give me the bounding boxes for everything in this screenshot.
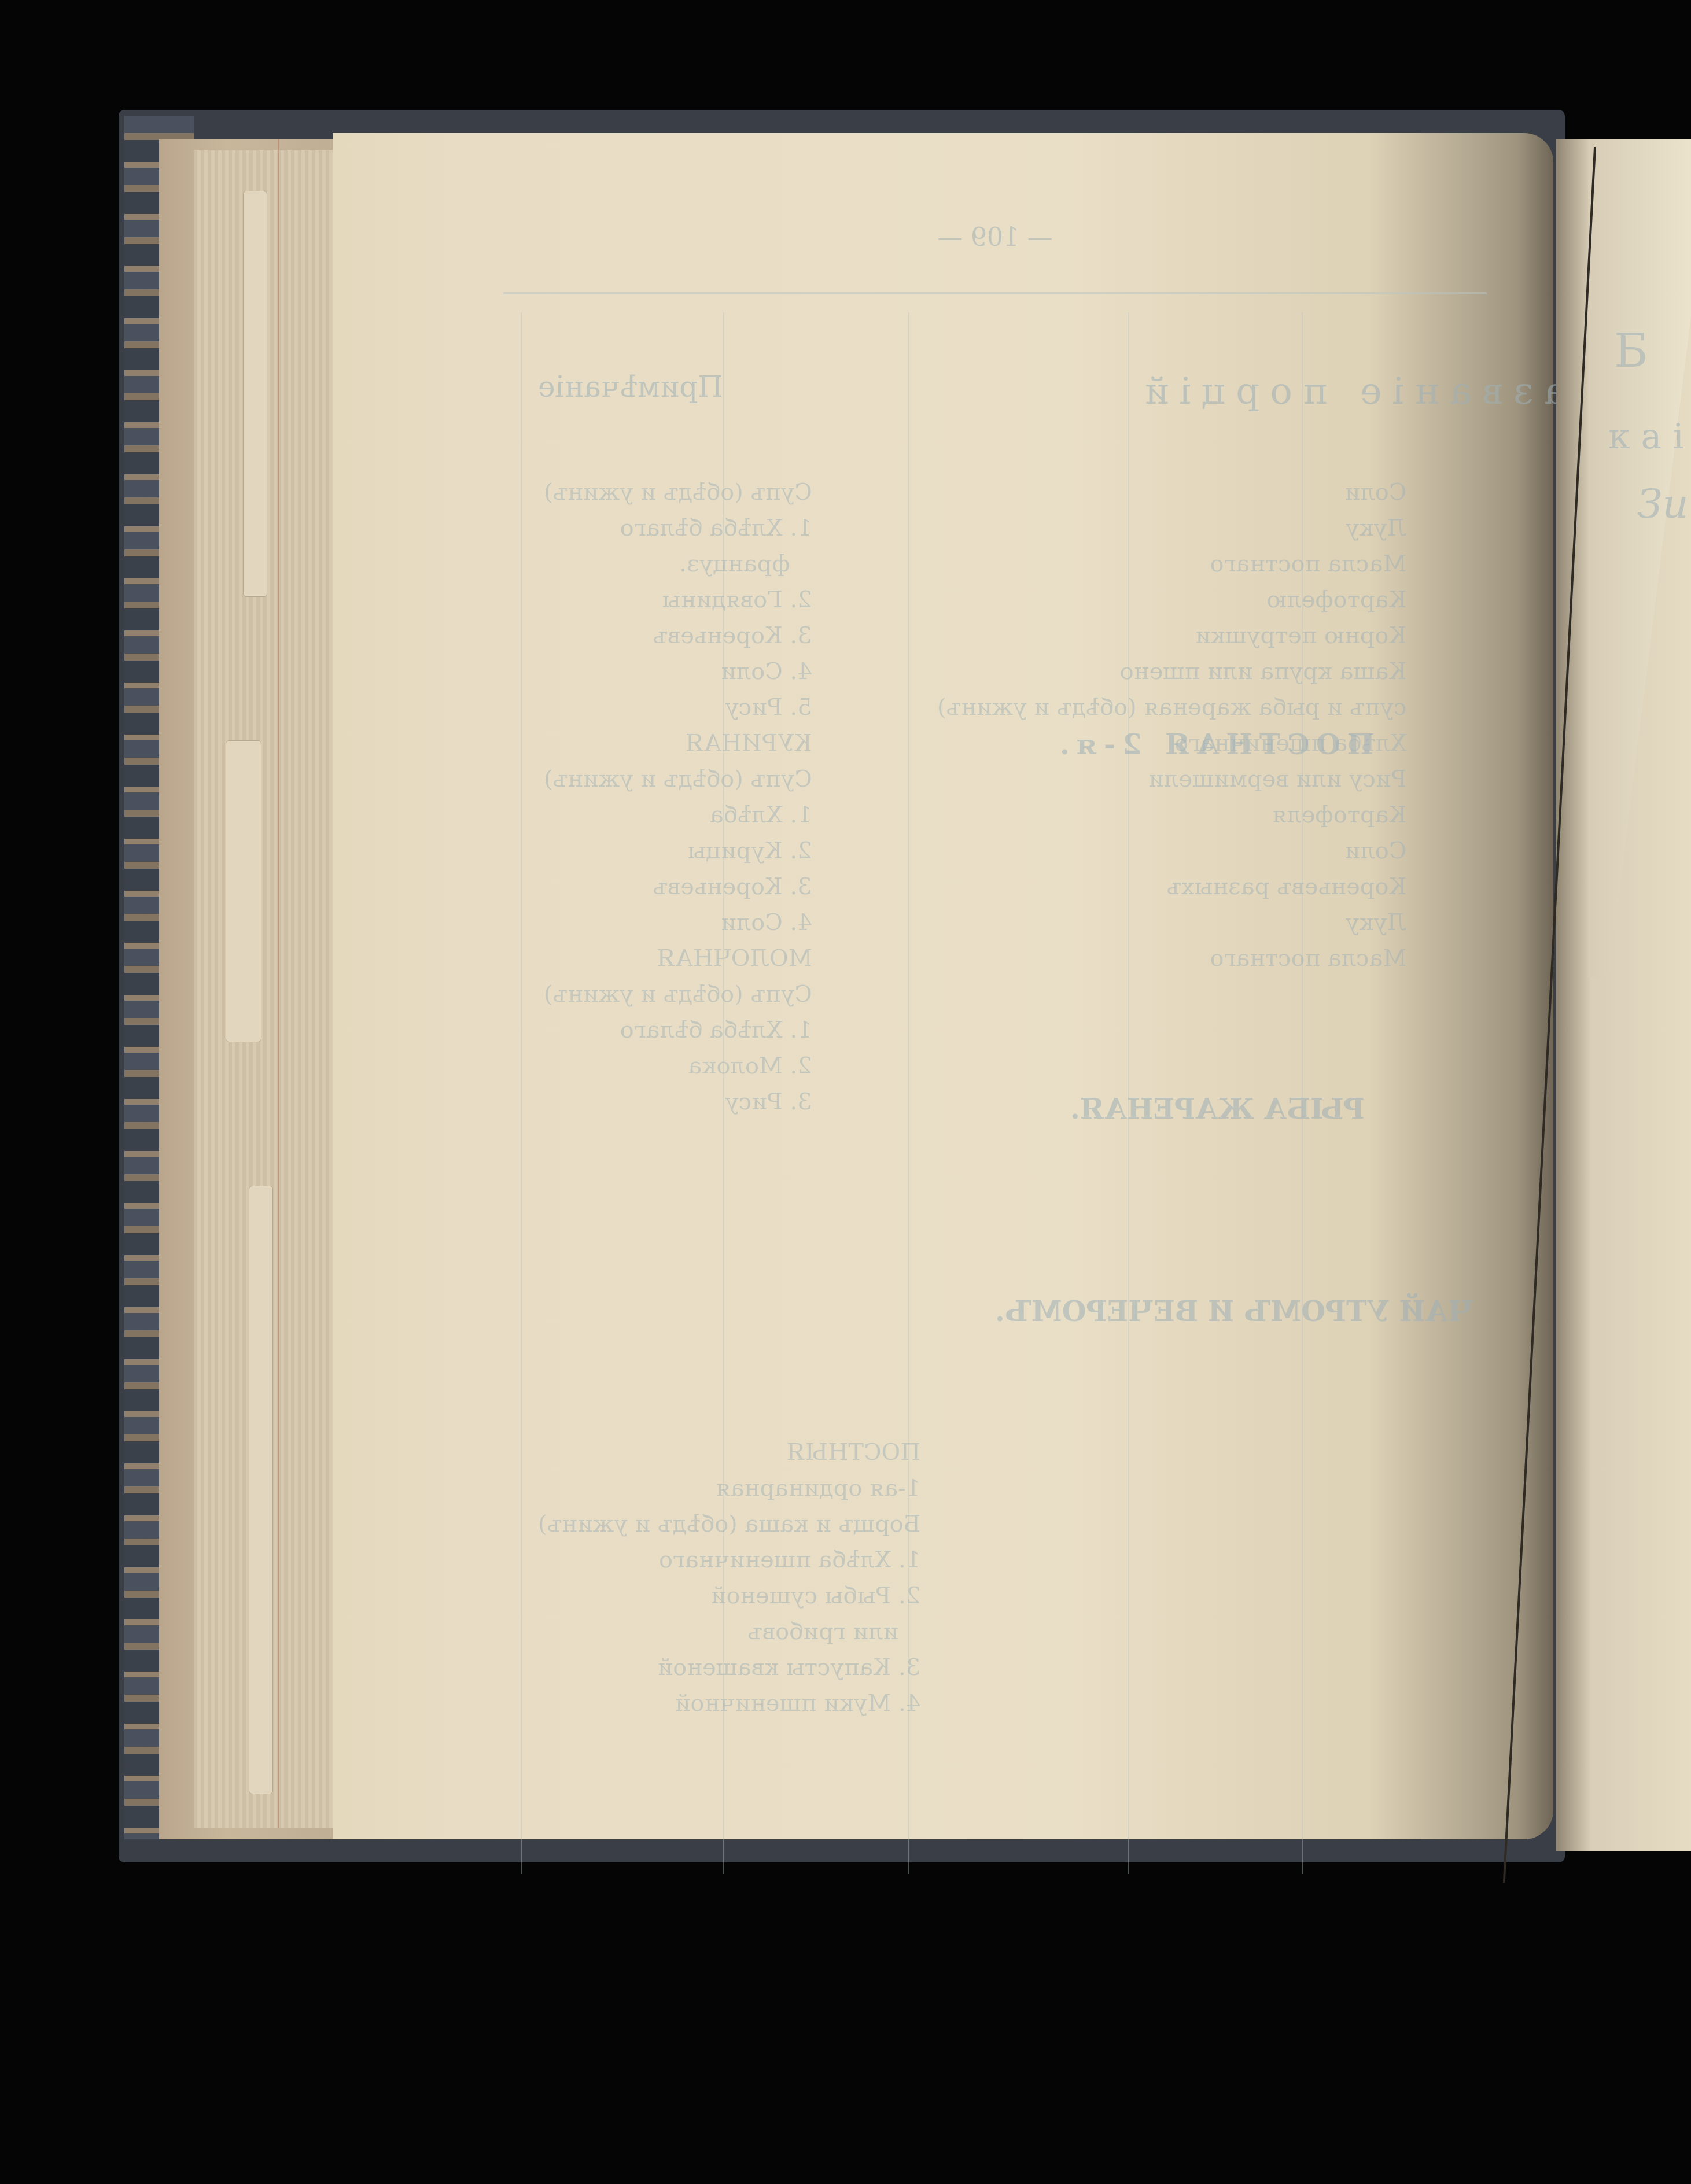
table-line-bleed <box>521 312 522 1874</box>
right-page-fragment: Б <box>1614 324 1648 378</box>
left-column-bleed: Соли Луку Масла постнаго Картофелю Корню… <box>937 474 1406 976</box>
section-bleed: РЫБА ЖАРЕНАЯ. <box>1070 1093 1365 1126</box>
table-header-bleed: Названіе порцій <box>1134 370 1609 413</box>
note-column-bleed: Примѣчаніе <box>538 370 723 404</box>
paper-tab <box>226 740 261 1042</box>
table-rule-bleed <box>503 292 1487 294</box>
right-column-bleed: Супъ (обѣдъ и ужинъ) 1. Хлѣба бѣлаго фра… <box>544 474 812 1120</box>
paper-tab <box>243 191 267 597</box>
page-number-bleed: — 109 — <box>937 223 1053 252</box>
section-bleed: ЧАЙ УТРОМЪ И ВЕЧЕРОМЪ. <box>995 1296 1473 1328</box>
paper-tab <box>249 1186 273 1794</box>
lower-column-bleed: ПОСТНЫЯ 1-ая ординарная Борщъ и каша (об… <box>538 1434 920 1721</box>
right-page-fragment: Зи <box>1637 480 1689 527</box>
right-page-fragment: к а і <box>1608 416 1684 457</box>
page-margin-line <box>278 139 279 1828</box>
